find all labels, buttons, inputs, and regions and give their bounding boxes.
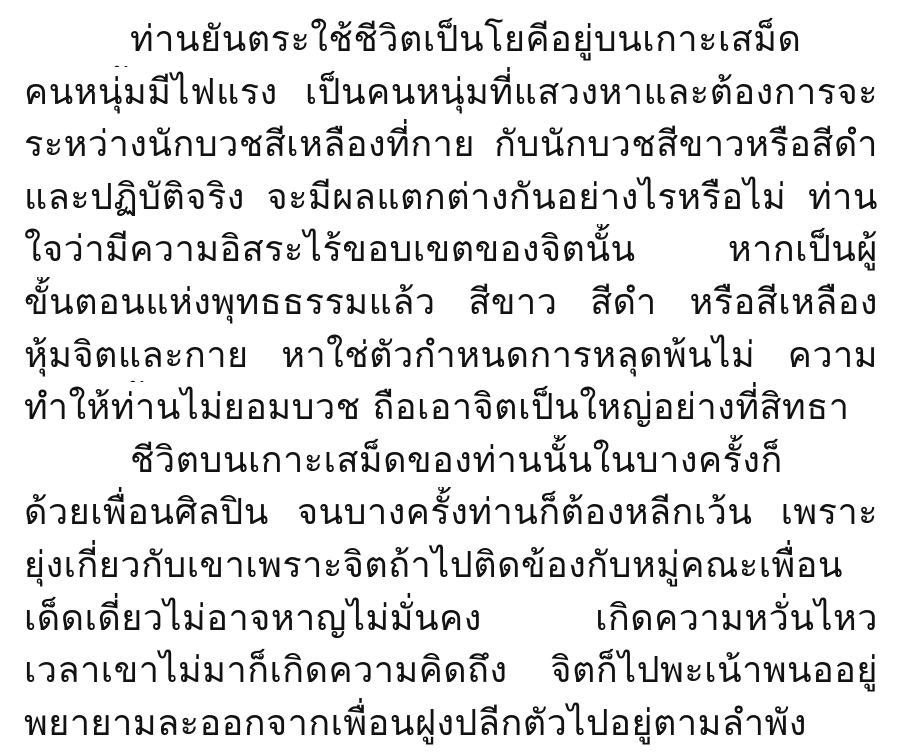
text-line: ยุ่งเกี่ยวกับเขาเพราะจิตถ้าไปติดข้องกับห… <box>24 540 878 593</box>
text-line: หุ้มจิตและกาย หาใช่ตัวกำหนดการหลุดพ้นไม่… <box>24 330 878 383</box>
text-block: ท่านยันตระใช้ชีวิตเป็นโยคีอยู่บนเกาะเสม็… <box>24 14 878 750</box>
document-page: ท่านยันตระใช้ชีวิตเป็นโยคีอยู่บนเกาะเสม็… <box>0 0 900 755</box>
text-line: คนหนุ่มมีไฟแรง เป็นคนหนุ่มที่แสวงหาและต้… <box>24 67 878 120</box>
text-line: เด็ดเดี่ยวไม่อาจหาญไม่มั่นคง เกิดความหวั… <box>24 593 878 646</box>
text-line: ใจว่ามีความอิสระไร้ขอบเขตของจิตนั้น หากเ… <box>24 224 878 277</box>
text-line: ท่านยันตระใช้ชีวิตเป็นโยคีอยู่บนเกาะเสม็… <box>24 14 878 67</box>
text-line: เวลาเขาไม่มาก็เกิดความคิดถึง จิตก็ไปพะเน… <box>24 645 878 698</box>
text-line: ขั้นตอนแห่งพุทธธรรมแล้ว สีขาว สีดำ หรือส… <box>24 277 878 330</box>
text-line: ด้วยเพื่อนศิลปิน จนบางครั้งท่านก็ต้องหลี… <box>24 487 878 540</box>
text-line: ชีวิตบนเกาะเสม็ดของท่านนั้นในบางครั้งก็พ… <box>24 435 878 488</box>
text-line: ทำให้ท่านไม่ยอมบวช ถือเอาจิตเป็นใหญ่อย่า… <box>24 382 878 435</box>
text-line: พยายามละออกจากเพื่อนฝูงปลีกตัวไปอยู่ตามล… <box>24 698 878 751</box>
text-line: ระหว่างนักบวชสีเหลืองที่กาย กับนักบวชสีข… <box>24 119 878 172</box>
text-line: และปฏิบัติจริง จะมีผลแตกต่างกันอย่างไรหร… <box>24 172 878 225</box>
